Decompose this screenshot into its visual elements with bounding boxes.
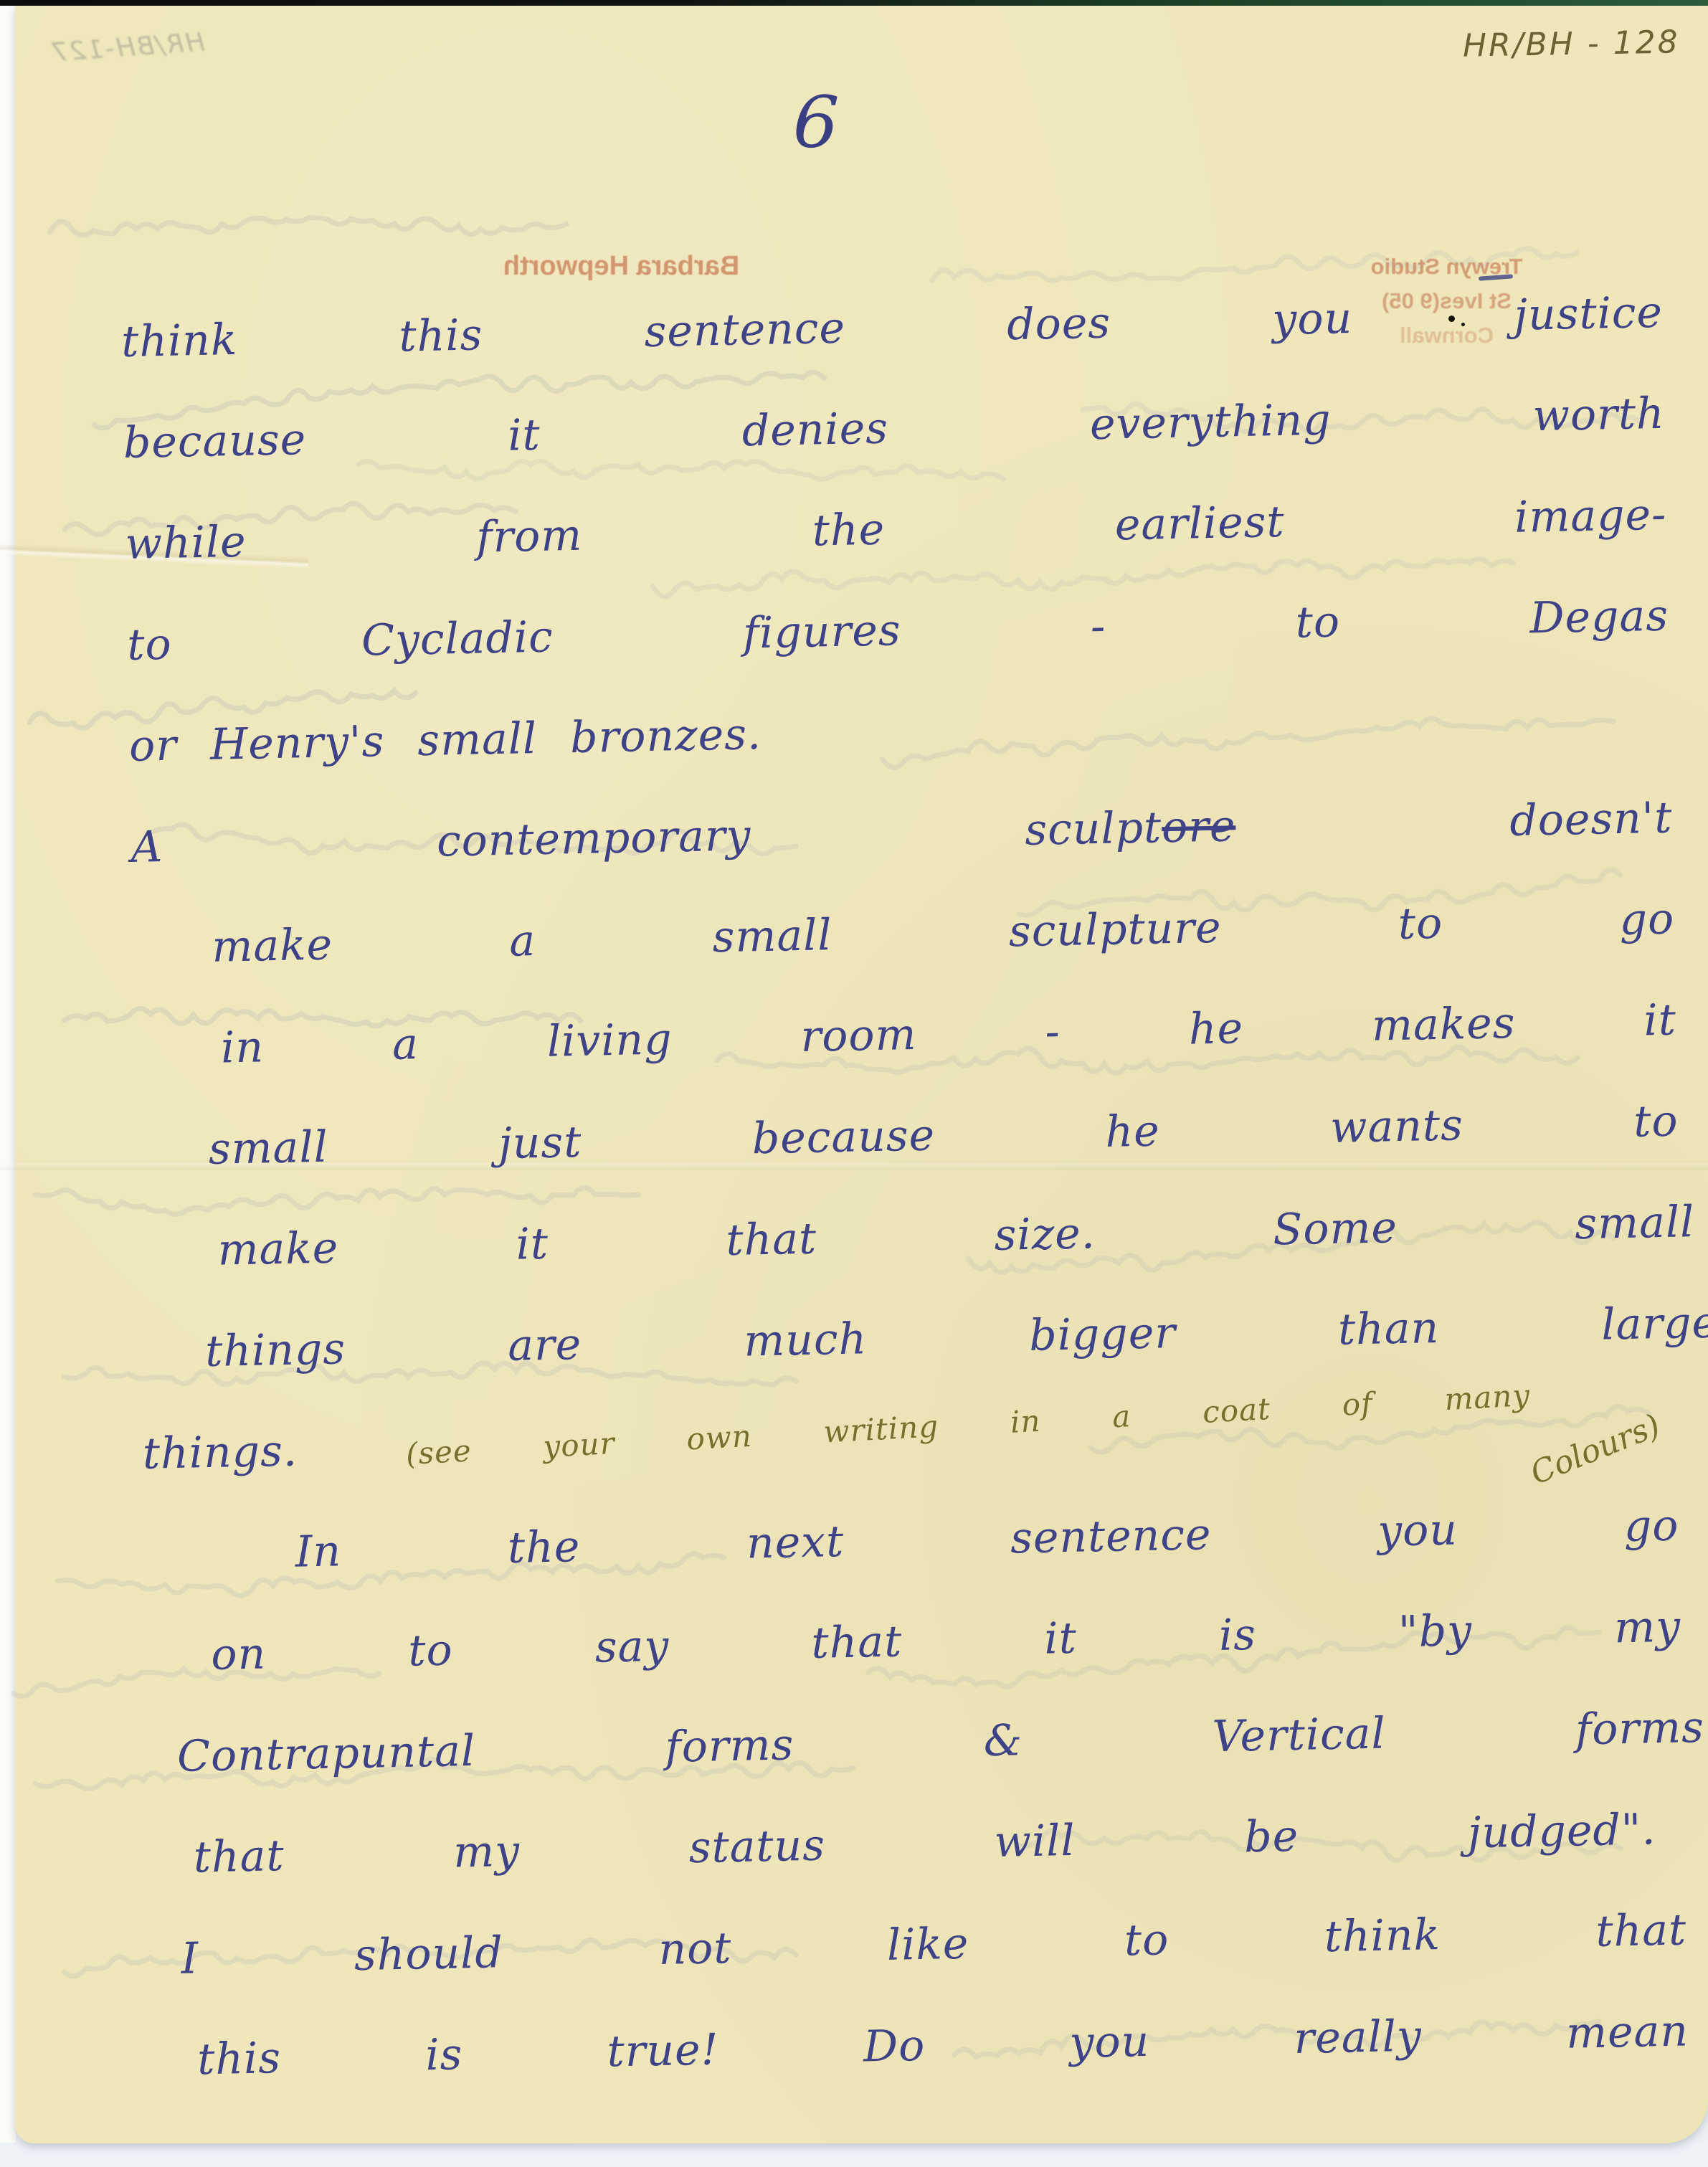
scanner-left-edge — [0, 6, 16, 2167]
scanner-bottom-edge — [0, 2143, 1708, 2167]
crossed-out-word: ore — [1161, 801, 1236, 853]
page-number: 6 — [792, 80, 840, 165]
mirrored-name-stamp: Barbara Hepworth — [498, 251, 745, 282]
letter-line-text: A contemporary sculpt — [131, 802, 1162, 873]
letter-body: think this sentence does you justicebeca… — [120, 265, 1708, 2115]
letter-line-text: doesn't — [1235, 793, 1673, 852]
catalog-number: HR/BH - 128 — [1463, 24, 1680, 64]
scanned-letter-page: { "document": { "type": "handwritten-let… — [0, 0, 1708, 2167]
